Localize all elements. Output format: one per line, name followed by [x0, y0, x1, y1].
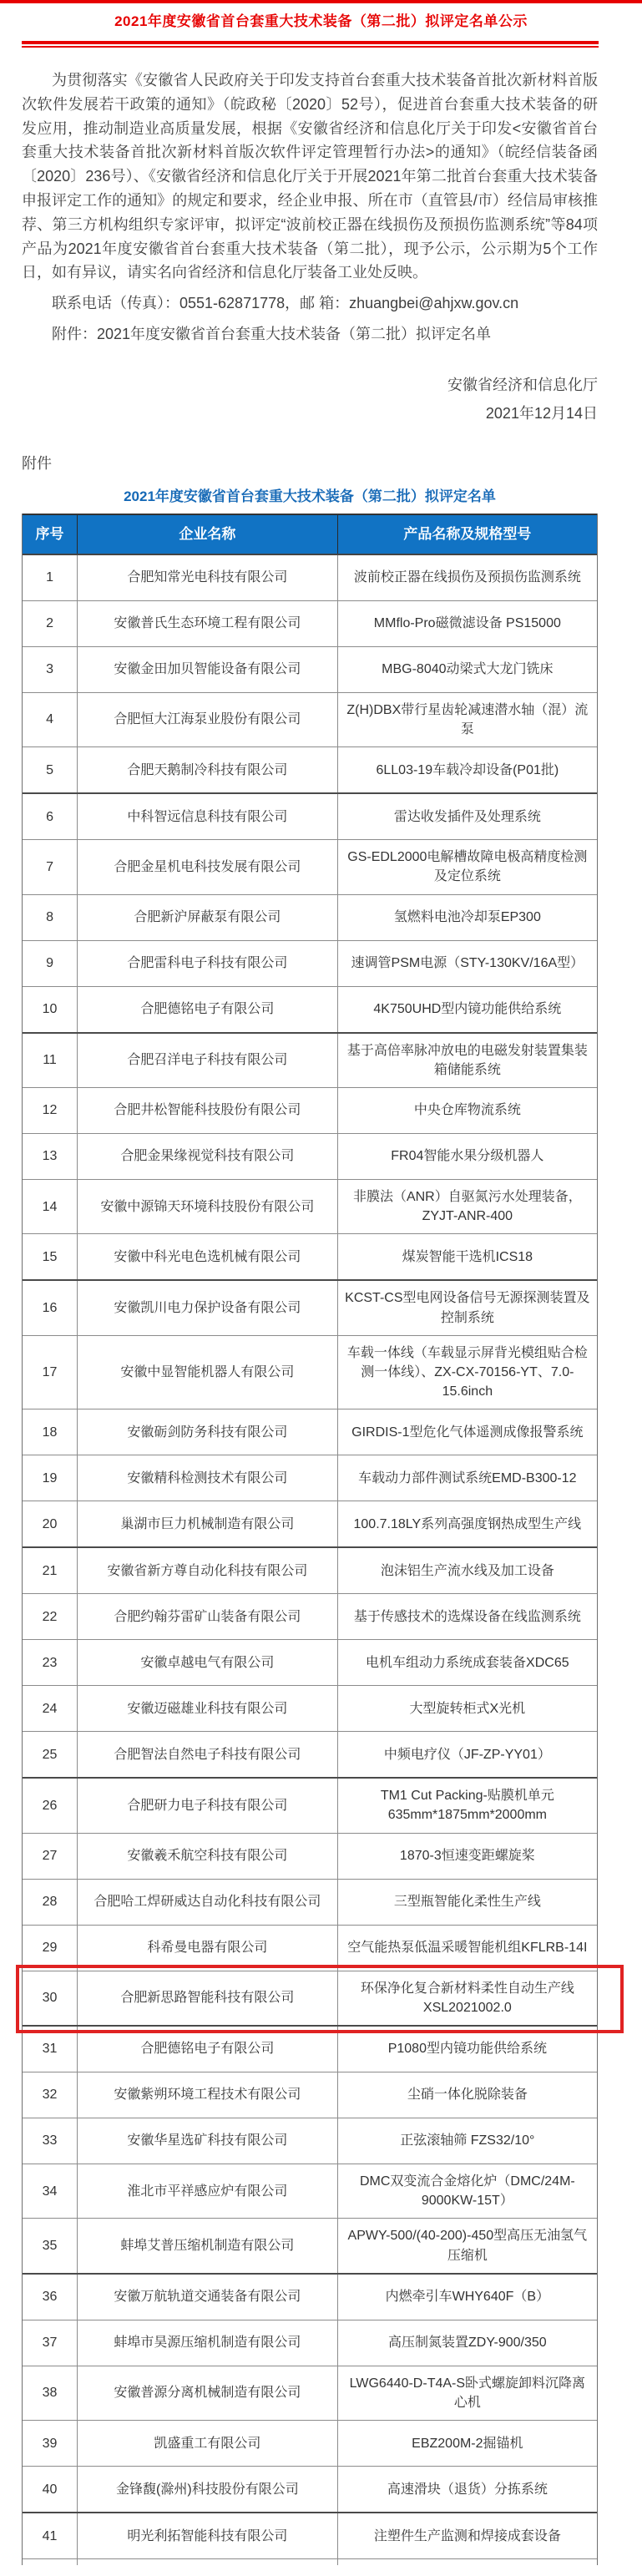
cell-index: 27 [23, 1834, 78, 1879]
table-row: 22合肥约翰芬雷矿山装备有限公司基于传感技术的选煤设备在线监测系统 [23, 1593, 597, 1639]
table-row: 16安徽凯川电力保护设备有限公司KCST-CS型电网设备信号无源探测装置及控制系… [23, 1279, 597, 1334]
cell-index: 5 [23, 747, 78, 792]
cell-product: 速调管PSM电源（STY-130KV/16A型） [338, 941, 597, 986]
cell-product: 尘硝一体化脱除装备 [338, 2072, 597, 2118]
cell-product: 高速滑块（退货）分拣系统 [338, 2467, 597, 2512]
cell-index: 26 [23, 1779, 78, 1832]
cell-index: 28 [23, 1880, 78, 1925]
body-paragraph: 为贯彻落实《安徽省人民政府关于印发支持首台套重大技术装备首批次新材料首版次软件发… [22, 68, 598, 285]
cell-product: 内燃牵引车WHY640F（B） [338, 2275, 597, 2320]
cell-company: 安徽凯川电力保护设备有限公司 [78, 1281, 338, 1334]
cell-company: 合肥金果缘视觉科技有限公司 [78, 1134, 338, 1179]
cell-index: 20 [23, 1501, 78, 1546]
cell-product: 非膜法（ANR）自驱氮污水处理装备，ZYJT-ANR-400 [338, 1180, 597, 1233]
table-row: 7合肥金星机电科技发展有限公司GS-EDL2000电解槽故障电极高精度检测及定位… [23, 839, 597, 893]
table-row: 18安徽砺剑防务科技有限公司GIRDIS-1型危化气体遥测成像报警系统 [23, 1409, 597, 1455]
table-row: 26合肥研力电子科技有限公司TM1 Cut Packing-贴膜机单元 635m… [23, 1777, 597, 1832]
cell-index: 39 [23, 2421, 78, 2466]
cell-product: 大型旋转柜式X光机 [338, 1686, 597, 1731]
cell-index: 8 [23, 895, 78, 940]
cell-product: LWG6440-D-T4A-S卧式螺旋卸料沉降离心机 [338, 2366, 597, 2420]
cell-index: 10 [23, 987, 78, 1032]
cell-index: 34 [23, 2164, 78, 2218]
cell-product: 中央仓库物流系统 [338, 1088, 597, 1133]
cell-company: 淮北市平祥感应炉有限公司 [78, 2164, 338, 2218]
table-row: 39凯盛重工有限公司EBZ200M-2掘锚机 [23, 2420, 597, 2466]
cell-company: 安徽中源锦天环境科技股份有限公司 [78, 1180, 338, 1233]
table-row: 8合肥新沪屏蔽泵有限公司氢燃料电池冷却泵EP300 [23, 894, 597, 940]
cell-product: 高压制氮装置ZDY-900/350 [338, 2320, 597, 2366]
cell-product: APWY-500/(40-200)-450型高压无油氢气压缩机 [338, 2219, 597, 2272]
cell-company: 安徽砺剑防务科技有限公司 [78, 1409, 338, 1455]
cell-company: 安徽普氏生态环境工程有限公司 [78, 601, 338, 646]
notice-body: 为贯彻落实《安徽省人民政府关于印发支持首台套重大技术装备首批次新材料首版次软件发… [0, 68, 642, 2565]
cell-index: 36 [23, 2275, 78, 2320]
cell-product: MMflo-Pro磁微滤设备 PS15000 [338, 601, 597, 646]
cell-company: 合肥召洋电子科技有限公司 [78, 1034, 338, 1087]
cell-index: 25 [23, 1732, 78, 1777]
cell-product: 三型瓶智能化柔性生产线 [338, 1880, 597, 1925]
signature-org: 安徽省经济和信息化厅 [22, 373, 598, 395]
cell-company: 安徽精科检测技术有限公司 [78, 1455, 338, 1501]
cell-product: DMC双变流合金熔化炉（DMC/24M-9000KW-15T） [338, 2164, 597, 2218]
contact-line: 联系电话（传真）：0551-62871778，邮 箱：zhuangbei@ahj… [22, 291, 598, 316]
table-row: 15安徽中科光电色选机械有限公司煤炭智能干选机ICS18 [23, 1233, 597, 1279]
attachment-label: 附件 [22, 452, 598, 473]
cell-company: 合肥研力电子科技有限公司 [78, 1779, 338, 1832]
cell-index: 2 [23, 601, 78, 646]
cell-index: 6 [23, 794, 78, 839]
title-divider [22, 41, 599, 48]
cell-product: 1870-3恒速变距螺旋桨 [338, 1834, 597, 1879]
cell-index: 14 [23, 1180, 78, 1233]
cell-company: 安徽金田加贝智能设备有限公司 [78, 647, 338, 692]
table-row: 6中科智远信息科技有限公司雷达收发插件及处理系统 [23, 792, 597, 839]
cell-product: 氢燃料电池冷却泵EP300 [338, 895, 597, 940]
cell-product: EBZ200M-2掘锚机 [338, 2421, 597, 2466]
table-row: 14安徽中源锦天环境科技股份有限公司非膜法（ANR）自驱氮污水处理装备，ZYJT… [23, 1179, 597, 1233]
cell-company: 合肥德铭电子有限公司 [78, 987, 338, 1032]
table-row: 2安徽普氏生态环境工程有限公司MMflo-Pro磁微滤设备 PS15000 [23, 600, 597, 646]
cell-index: 13 [23, 1134, 78, 1179]
table-row: 25合肥智法自然电子科技有限公司中频电疗仪（JF-ZP-YY01） [23, 1731, 597, 1777]
table-cut-row [23, 2558, 597, 2565]
cell-company: 合肥新沪屏蔽泵有限公司 [78, 895, 338, 940]
table-row: 11合肥召洋电子科技有限公司基于高倍率脉冲放电的电磁发射装置集装箱储能系统 [23, 1032, 597, 1087]
cell-company: 安徽省新方尊自动化科技有限公司 [78, 1548, 338, 1593]
table-row: 29科希曼电器有限公司空气能热泵低温采暖智能机组KFLRB-14I [23, 1925, 597, 1971]
cell-company: 中科智远信息科技有限公司 [78, 794, 338, 839]
table-row: 19安徽精科检测技术有限公司车载动力部件测试系统EMD-B300-12 [23, 1455, 597, 1501]
table-row: 31合肥德铭电子有限公司P1080型内镜功能供给系统 [23, 2025, 597, 2072]
cell-index: 41 [23, 2513, 78, 2558]
table-row: 3安徽金田加贝智能设备有限公司MBG-8040动梁式大龙门铣床 [23, 646, 597, 692]
cell-product: 车载一体线（车载显示屏背光模组贴合检测一体线）、ZX-CX-70156-YT、7… [338, 1336, 597, 1409]
table-row: 20巢湖市巨力机械制造有限公司100.7.18LY系列高强度钢热成型生产线 [23, 1501, 597, 1546]
cell-company: 凯盛重工有限公司 [78, 2421, 338, 2466]
cell-index: 12 [23, 1088, 78, 1133]
table-row: 37蚌埠市昊源压缩机制造有限公司高压制氮装置ZDY-900/350 [23, 2320, 597, 2366]
cell-product: 空气能热泵低温采暖智能机组KFLRB-14I [338, 1926, 597, 1971]
table-row: 30合肥新思路智能科技有限公司环保净化复合新材料柔性自动生产线 XSL20210… [23, 1971, 597, 2025]
cell-index: 21 [23, 1548, 78, 1593]
cell-product: KCST-CS型电网设备信号无源探测装置及控制系统 [338, 1281, 597, 1334]
cell-company: 合肥金星机电科技发展有限公司 [78, 840, 338, 893]
cell-index: 40 [23, 2467, 78, 2512]
table-header: 序号 企业名称 产品名称及规格型号 [23, 514, 597, 555]
cell-company: 安徽华星选矿科技有限公司 [78, 2118, 338, 2164]
notice-page: 2021年度安徽省首台套重大技术装备（第二批）拟评定名单公示 为贯彻落实《安徽省… [0, 0, 642, 2565]
cell-company: 安徽紫朔环境工程技术有限公司 [78, 2072, 338, 2118]
cell-index: 4 [23, 693, 78, 746]
cell-company: 安徽万航轨道交通装备有限公司 [78, 2275, 338, 2320]
top-cropped-red-line [0, 0, 642, 3]
cell-company: 合肥智法自然电子科技有限公司 [78, 1732, 338, 1777]
table-row: 17安徽中显智能机器人有限公司车载一体线（车载显示屏背光模组贴合检测一体线）、Z… [23, 1335, 597, 1409]
cell-product: 基于传感技术的选煤设备在线监测系统 [338, 1594, 597, 1639]
cell-index: 3 [23, 647, 78, 692]
cell-index: 23 [23, 1640, 78, 1685]
cell-product: GIRDIS-1型危化气体遥测成像报警系统 [338, 1409, 597, 1455]
cell-company: 合肥雷科电子科技有限公司 [78, 941, 338, 986]
table-row: 12合肥井松智能科技股份有限公司中央仓库物流系统 [23, 1087, 597, 1133]
cell-company: 安徽卓越电气有限公司 [78, 1640, 338, 1685]
cell-index: 19 [23, 1455, 78, 1501]
cell-company: 安徽羲禾航空科技有限公司 [78, 1834, 338, 1879]
cell-index: 31 [23, 2027, 78, 2072]
page-title: 2021年度安徽省首台套重大技术装备（第二批）拟评定名单公示 [33, 13, 609, 31]
cell-product: TM1 Cut Packing-贴膜机单元 635mm*1875mm*2000m… [338, 1779, 597, 1832]
cell-index: 1 [23, 555, 78, 600]
cell-product: P1080型内镜功能供给系统 [338, 2027, 597, 2072]
cell-company: 巢湖市巨力机械制造有限公司 [78, 1501, 338, 1546]
cell-index: 24 [23, 1686, 78, 1731]
table-row: 23安徽卓越电气有限公司电机车组动力系统成套装备XDC65 [23, 1639, 597, 1685]
cell-company: 合肥恒大江海泵业股份有限公司 [78, 693, 338, 746]
cell-index: 16 [23, 1281, 78, 1334]
attachment-reference: 附件：2021年度安徽省首台套重大技术装备（第二批）拟评定名单 [22, 322, 598, 347]
table-row: 13合肥金果缘视觉科技有限公司FR04智能水果分级机器人 [23, 1133, 597, 1179]
table-row: 33安徽华星选矿科技有限公司正弦滚轴筛 FZS32/10° [23, 2118, 597, 2164]
cell-product: 100.7.18LY系列高强度钢热成型生产线 [338, 1501, 597, 1546]
cell-index: 17 [23, 1336, 78, 1409]
cell-company: 安徽迈磁雄业科技有限公司 [78, 1686, 338, 1731]
cell-product: 波前校正器在线损伤及预损伤监测系统 [338, 555, 597, 600]
cell-company: 合肥约翰芬雷矿山装备有限公司 [78, 1594, 338, 1639]
table-row: 36安徽万航轨道交通装备有限公司内燃牵引车WHY640F（B） [23, 2273, 597, 2320]
cell-product: 雷达收发插件及处理系统 [338, 794, 597, 839]
table-row: 32安徽紫朔环境工程技术有限公司尘硝一体化脱除装备 [23, 2072, 597, 2118]
list-table: 序号 企业名称 产品名称及规格型号 1合肥知常光电科技有限公司波前校正器在线损伤… [22, 514, 598, 2565]
cell-company: 蚌埠艾普压缩机制造有限公司 [78, 2219, 338, 2272]
cell-product: 车载动力部件测试系统EMD-B300-12 [338, 1455, 597, 1501]
cell-index: 35 [23, 2219, 78, 2272]
cell-product: 环保净化复合新材料柔性自动生产线 XSL2021002.0 [338, 1971, 597, 2025]
cell-product: MBG-8040动梁式大龙门铣床 [338, 647, 597, 692]
cell-company: 合肥天鹅制冷科技有限公司 [78, 747, 338, 792]
cell-index: 30 [23, 1971, 78, 2025]
cell-company: 合肥新思路智能科技有限公司 [78, 1971, 338, 2025]
cell-company: 明光利拓智能科技有限公司 [78, 2513, 338, 2558]
cell-index: 33 [23, 2118, 78, 2164]
table-row: 41明光利拓智能科技有限公司注塑件生产监测和焊接成套设备 [23, 2512, 597, 2558]
table-row: 1合肥知常光电科技有限公司波前校正器在线损伤及预损伤监测系统 [23, 555, 597, 600]
table-row: 27安徽羲禾航空科技有限公司1870-3恒速变距螺旋桨 [23, 1833, 597, 1879]
table-row: 24安徽迈磁雄业科技有限公司大型旋转柜式X光机 [23, 1685, 597, 1731]
cell-product: 注塑件生产监测和焊接成套设备 [338, 2513, 597, 2558]
signature-date: 2021年12月14日 [22, 402, 598, 423]
table-row: 4合肥恒大江海泵业股份有限公司Z(H)DBX带行星齿轮减速潜水轴（混）流泵 [23, 692, 597, 746]
cell-product: 电机车组动力系统成套装备XDC65 [338, 1640, 597, 1685]
table-row: 34淮北市平祥感应炉有限公司DMC双变流合金熔化炉（DMC/24M-9000KW… [23, 2164, 597, 2218]
cell-company: 安徽中科光电色选机械有限公司 [78, 1234, 338, 1279]
cell-company: 科希曼电器有限公司 [78, 1926, 338, 1971]
cell-index: 29 [23, 1926, 78, 1971]
cell-product: Z(H)DBX带行星齿轮减速潜水轴（混）流泵 [338, 693, 597, 746]
cell-product: 正弦滚轴筛 FZS32/10° [338, 2118, 597, 2164]
table-row: 35蚌埠艾普压缩机制造有限公司APWY-500/(40-200)-450型高压无… [23, 2218, 597, 2272]
table-title: 2021年度安徽省首台套重大技术装备（第二批）拟评定名单 [22, 484, 598, 505]
cell-index: 11 [23, 1034, 78, 1087]
cell-company: 合肥井松智能科技股份有限公司 [78, 1088, 338, 1133]
cell-company: 合肥知常光电科技有限公司 [78, 555, 338, 600]
cell-index: 9 [23, 941, 78, 986]
table-row: 28合肥哈工焊研威达自动化科技有限公司三型瓶智能化柔性生产线 [23, 1879, 597, 1925]
table-row: 40金锋馥(滁州)科技股份有限公司高速滑块（退货）分拣系统 [23, 2466, 597, 2512]
header-cell-product: 产品名称及规格型号 [338, 515, 597, 554]
header-cell-index: 序号 [23, 515, 78, 554]
header-cell-company: 企业名称 [78, 515, 338, 554]
table-row: 9合肥雷科电子科技有限公司速调管PSM电源（STY-130KV/16A型） [23, 940, 597, 986]
cell-index: 22 [23, 1594, 78, 1639]
cell-company: 安徽中显智能机器人有限公司 [78, 1336, 338, 1409]
table-body: 1合肥知常光电科技有限公司波前校正器在线损伤及预损伤监测系统2安徽普氏生态环境工… [23, 555, 597, 2558]
cell-company: 安徽普源分离机械制造有限公司 [78, 2366, 338, 2420]
cell-product: 煤炭智能干选机ICS18 [338, 1234, 597, 1279]
table-row: 38安徽普源分离机械制造有限公司LWG6440-D-T4A-S卧式螺旋卸料沉降离… [23, 2366, 597, 2420]
cell-product: 中频电疗仪（JF-ZP-YY01） [338, 1732, 597, 1777]
cell-index: 38 [23, 2366, 78, 2420]
table-row: 5合肥天鹅制冷科技有限公司6LL03-19车载冷却设备(P01批) [23, 746, 597, 792]
cell-company: 合肥哈工焊研威达自动化科技有限公司 [78, 1880, 338, 1925]
cell-index: 18 [23, 1409, 78, 1455]
cell-company: 合肥德铭电子有限公司 [78, 2027, 338, 2072]
cell-product: 6LL03-19车载冷却设备(P01批) [338, 747, 597, 792]
cell-product: 泡沫铝生产流水线及加工设备 [338, 1548, 597, 1593]
cell-index: 32 [23, 2072, 78, 2118]
table-row: 10合肥德铭电子有限公司4K750UHD型内镜功能供给系统 [23, 986, 597, 1032]
cell-index: 7 [23, 840, 78, 893]
cell-product: FR04智能水果分级机器人 [338, 1134, 597, 1179]
cell-product: 4K750UHD型内镜功能供给系统 [338, 987, 597, 1032]
cell-company: 金锋馥(滁州)科技股份有限公司 [78, 2467, 338, 2512]
cell-product: GS-EDL2000电解槽故障电极高精度检测及定位系统 [338, 840, 597, 893]
cell-index: 37 [23, 2320, 78, 2366]
cell-index: 15 [23, 1234, 78, 1279]
cell-product: 基于高倍率脉冲放电的电磁发射装置集装箱储能系统 [338, 1034, 597, 1087]
table-row: 21安徽省新方尊自动化科技有限公司泡沫铝生产流水线及加工设备 [23, 1546, 597, 1593]
cell-company: 蚌埠市昊源压缩机制造有限公司 [78, 2320, 338, 2366]
